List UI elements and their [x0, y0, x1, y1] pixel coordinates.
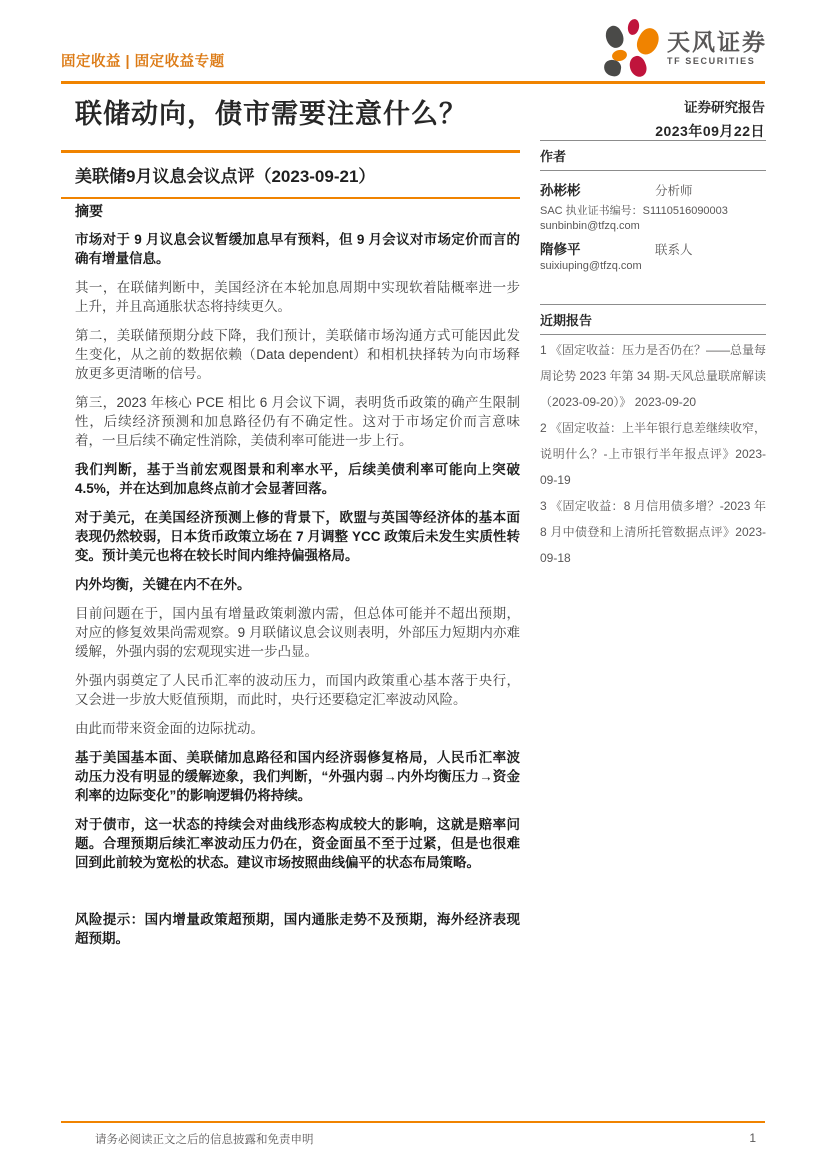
author-email: suixiuping@tfzq.com — [540, 260, 766, 272]
brand-name-en: TF SECURITIES — [667, 56, 767, 66]
sidebar-divider — [540, 334, 766, 335]
author-certificate: SAC 执业证书编号：S1110516090003 — [540, 202, 766, 218]
brand-name-cn: 天风证券 — [667, 30, 767, 54]
abstract-paragraph: 市场对于 9 月议息会议暂缓加息早有预料，但 9 月会议对市场定价而言的确有增量… — [75, 230, 520, 268]
report-date: 2023年09月22日 — [540, 121, 765, 141]
author-name: 隋修平 — [540, 238, 655, 258]
author-email: sunbinbin@tfzq.com — [540, 220, 766, 232]
authors-list: 孙彬彬 分析师 SAC 执业证书编号：S1110516090003 sunbin… — [540, 171, 766, 280]
abstract-paragraph: 外强内弱奠定了人民币汇率的波动压力，而国内政策重心基本落于央行，又会进一步放大贬… — [75, 671, 520, 709]
petal-shape — [603, 59, 623, 78]
author-role: 联系人 — [655, 240, 693, 258]
author-name: 孙彬彬 — [540, 179, 655, 199]
abstract-paragraph: 内外均衡，关键在内不在外。 — [75, 575, 520, 594]
author-entry: 孙彬彬 分析师 SAC 执业证书编号：S1110516090003 sunbin… — [540, 179, 766, 232]
abstract-paragraph: 基于美国基本面、美联储加息路径和国内经济弱修复格局，人民币汇率波动压力没有明显的… — [75, 748, 520, 805]
abstract-paragraph: 对于美元，在美国经济预测上修的背景下，欧盟与英国等经济体的基本面表现仍然较弱，日… — [75, 508, 520, 565]
report-meta: 证券研究报告 2023年09月22日 — [540, 96, 765, 141]
page-title: 联储动向，债市需要注意什么？ — [75, 92, 525, 131]
author-role: 分析师 — [655, 181, 693, 199]
abstract-paragraph: 我们判断，基于当前宏观图景和利率水平，后续美债利率可能向上突破4.5%，并在达到… — [75, 460, 520, 498]
recent-reports-section: 近期报告 1 《固定收益：压力是否仍在？——总量每周论势 2023 年第 34 … — [540, 304, 766, 571]
header-divider — [61, 81, 765, 84]
risk-warning: 风险提示：国内增量政策超预期，国内通胀走势不及预期，海外经济表现超预期。 — [75, 910, 520, 948]
abstract-paragraph: 第三，2023 年核心 PCE 相比 6 月会议下调，表明货币政策的确产生限制性… — [75, 393, 520, 450]
brand-text: 天风证券 TF SECURITIES — [667, 30, 767, 66]
report-type-label: 证券研究报告 — [540, 96, 765, 116]
recent-report-item: 3 《固定收益：8 月信用债多增？-2023 年 8 月中债登和上清所托管数据点… — [540, 493, 766, 571]
abstract-body: 摘要 市场对于 9 月议息会议暂缓加息早有预料，但 9 月会议对市场定价而言的确… — [75, 201, 520, 958]
abstract-paragraph: 第二，美联储预期分歧下降，我们预计，美联储市场沟通方式可能因此发生变化，从之前的… — [75, 326, 520, 383]
tf-flower-icon — [603, 19, 659, 77]
author-entry: 隋修平 联系人 suixiuping@tfzq.com — [540, 238, 766, 272]
page-number: 1 — [749, 1131, 756, 1145]
report-subtitle: 美联储9月议息会议点评（2023-09-21） — [61, 150, 520, 199]
abstract-paragraph: 其一，在联储判断中，美国经济在本轮加息周期中实现软着陆概率进一步上升，并且高通胀… — [75, 278, 520, 316]
abstract-paragraph: 目前问题在于，国内虽有增量政策刺激内需，但总体可能并不超出预期，对应的修复效果尚… — [75, 604, 520, 661]
report-page: 固定收益 | 固定收益专题 天风证券 TF SECURITIES 联储动向，债市… — [0, 0, 826, 1169]
petal-shape — [626, 18, 640, 36]
report-category: 固定收益 | 固定收益专题 — [61, 50, 225, 71]
recent-reports-list: 1 《固定收益：压力是否仍在？——总量每周论势 2023 年第 34 期-天风总… — [540, 337, 766, 571]
petal-shape — [602, 23, 628, 51]
abstract-paragraph: 由此而带来资金面的边际扰动。 — [75, 719, 520, 738]
tf-securities-logo: 天风证券 TF SECURITIES — [603, 18, 767, 78]
petal-shape — [627, 54, 650, 79]
recent-report-item: 2 《固定收益：上半年银行息差继续收窄，说明什么？-上市银行半年报点评》2023… — [540, 415, 766, 493]
recent-report-item: 1 《固定收益：压力是否仍在？——总量每周论势 2023 年第 34 期-天风总… — [540, 337, 766, 415]
abstract-heading: 摘要 — [75, 201, 520, 221]
sidebar: 作者 孙彬彬 分析师 SAC 执业证书编号：S1110516090003 sun… — [540, 140, 766, 571]
recent-reports-heading: 近期报告 — [540, 305, 766, 334]
footer-disclaimer: 请务必阅读正文之后的信息披露和免责申明 — [95, 1131, 314, 1147]
authors-heading: 作者 — [540, 141, 766, 170]
footer-divider — [61, 1121, 765, 1123]
abstract-paragraph: 对于债市，这一状态的持续会对曲线形态构成较大的影响，这就是赔率问题。合理预期后续… — [75, 815, 520, 872]
